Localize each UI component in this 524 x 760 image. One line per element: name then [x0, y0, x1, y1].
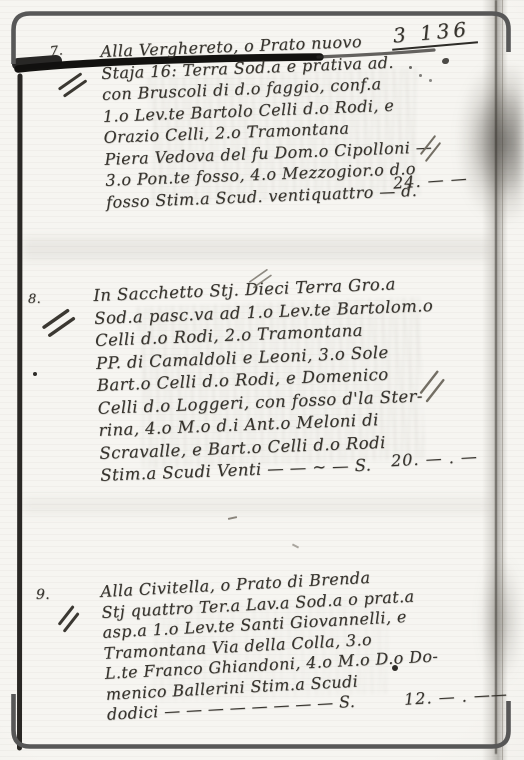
- gutter-smudge: [476, 556, 518, 684]
- ink-dot: [429, 79, 432, 82]
- page-left-edge: [20, 76, 21, 748]
- double-slash-mark: [40, 313, 77, 334]
- double-slash-mark: [54, 610, 86, 628]
- entry-margin-number: 8.: [28, 292, 41, 307]
- entry-text: Alla Verghereto, o Prato nuovoStaja 16: …: [100, 28, 434, 212]
- entry-text: In Sacchetto Stj. Dieci Terra Gro.aSod.a…: [93, 272, 440, 487]
- entry-margin-number: 9.: [36, 587, 50, 603]
- ink-dot: [409, 66, 412, 69]
- manuscript-scan-screenshot: { "document": { "folio_number": "3 136",…: [0, 0, 524, 760]
- ink-dot: [419, 74, 422, 77]
- double-slash-mark: [416, 140, 448, 158]
- double-slash-mark: [247, 272, 273, 286]
- double-slash-mark: [415, 376, 453, 398]
- ink-dot: [33, 372, 37, 376]
- entry-margin-number: 7.: [49, 43, 64, 59]
- page-corner-shadow: [18, 61, 56, 64]
- gutter-smudge: [445, 66, 523, 234]
- ink-dot: [392, 665, 398, 671]
- entry-text: Alla Civitella, o Prato di BrendaStj qua…: [100, 565, 441, 726]
- double-slash-mark: [56, 76, 88, 94]
- scan-photo: 3 136 7. Alla Verghereto, o Prato nuovoS…: [0, 0, 524, 760]
